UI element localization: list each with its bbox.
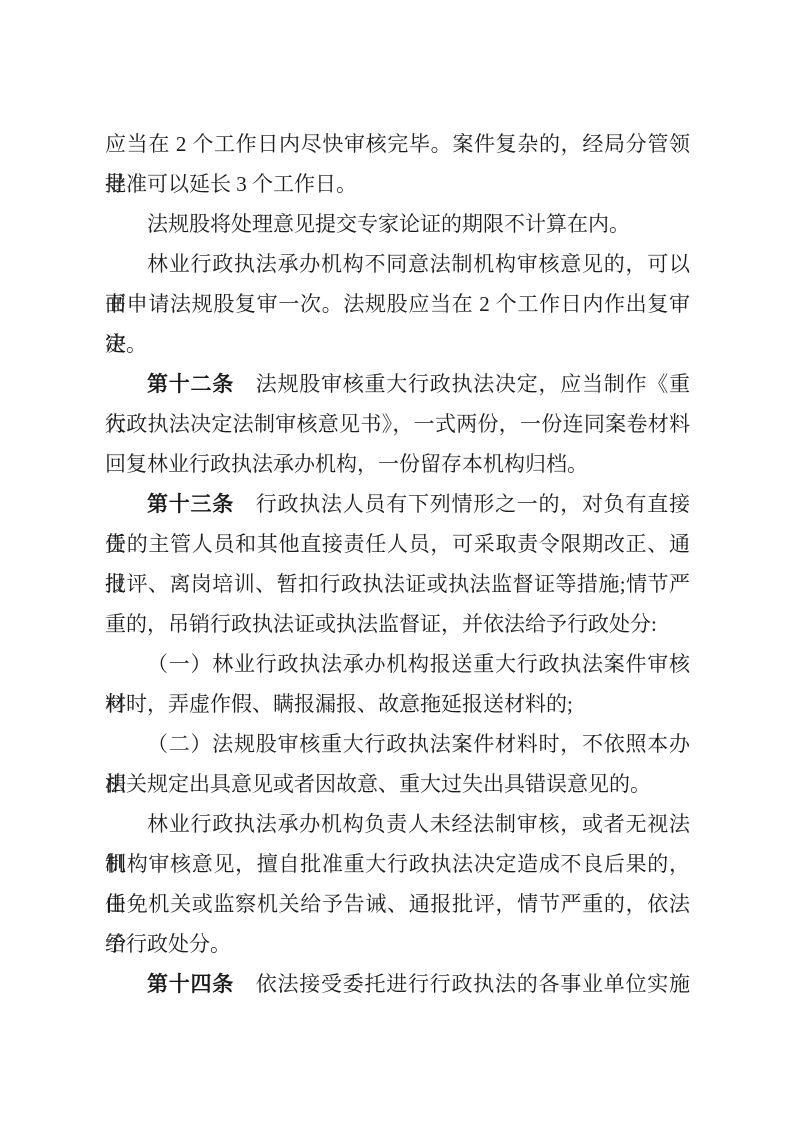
text-line: 第十二条 法规股审核重大行政执法决定，应当制作《重大 [105, 364, 690, 404]
line-text: 回复林业行政执法承办机构，一份留存本机构归档。 [105, 452, 588, 476]
text-line: 任的主管人员和其他直接责任人员，可采取责令限期改正、通报 [105, 524, 690, 564]
line-text: 相关规定出具意见或者因故意、重大过失出具错误意见的。 [105, 772, 651, 796]
text-line: 应当在 2 个工作日内尽快审核完毕。案件复杂的，经局分管领导 [105, 124, 690, 164]
text-line: 料时，弄虚作假、瞒报漏报、故意拖延报送材料的; [105, 684, 690, 724]
text-line: （一）林业行政执法承办机构报送重大行政执法案件审核材 [105, 644, 690, 684]
text-line: （二）法规股审核重大行政执法案件材料时，不依照本办法 [105, 724, 690, 764]
text-line: 批评、离岗培训、暂扣行政执法证或执法监督证等措施;情节严 [105, 564, 690, 604]
text-line: 予行政处分。 [105, 924, 690, 964]
text-line: 相关规定出具意见或者因故意、重大过失出具错误意见的。 [105, 764, 690, 804]
document-page: 应当在 2 个工作日内尽快审核完毕。案件复杂的，经局分管领导批准可以延长 3 个… [0, 0, 793, 1122]
text-line: 面申请法规股复审一次。法规股应当在 2 个工作日内作出复审决 [105, 284, 690, 324]
text-line: 第十四条 依法接受委托进行行政执法的各事业单位实施 [105, 964, 690, 1004]
article-number: 第十四条 [147, 972, 234, 996]
text-line: 定。 [105, 324, 690, 364]
article-number: 第十三条 [147, 492, 234, 516]
text-line: 机构审核意见，擅自批准重大行政执法决定造成不良后果的，由 [105, 844, 690, 884]
text-line: 林业行政执法承办机构不同意法制机构审核意见的，可以书 [105, 244, 690, 284]
line-text: 批评、离岗培训、暂扣行政执法证或执法监督证等措施;情节严 [105, 572, 690, 596]
text-line: 任免机关或监察机关给予告诫、通报批评，情节严重的，依法给 [105, 884, 690, 924]
text-line: 法规股将处理意见提交专家论证的期限不计算在内。 [105, 204, 690, 244]
line-text: 料时，弄虚作假、瞒报漏报、故意拖延报送材料的; [105, 692, 573, 716]
article-number: 第十二条 [147, 372, 234, 396]
line-text: 批准可以延长 3 个工作日。 [105, 172, 357, 196]
line-text: 予行政处分。 [105, 932, 231, 956]
text-line: 林业行政执法承办机构负责人未经法制审核，或者无视法制 [105, 804, 690, 844]
text-line: 第十三条 行政执法人员有下列情形之一的，对负有直接责 [105, 484, 690, 524]
document-body: 应当在 2 个工作日内尽快审核完毕。案件复杂的，经局分管领导批准可以延长 3 个… [105, 124, 690, 1004]
line-text: 依法接受委托进行行政执法的各事业单位实施 [234, 972, 690, 996]
text-line: 行政执法决定法制审核意见书》，一式两份，一份连同案卷材料 [105, 404, 690, 444]
text-line: 重的，吊销行政执法证或执法监督证，并依法给予行政处分: [105, 604, 690, 644]
line-text: 定。 [105, 332, 147, 356]
text-line: 回复林业行政执法承办机构，一份留存本机构归档。 [105, 444, 690, 484]
line-text: 行政执法决定法制审核意见书》，一式两份，一份连同案卷材料 [105, 412, 690, 436]
line-text: 重的，吊销行政执法证或执法监督证，并依法给予行政处分: [105, 612, 657, 636]
text-line: 批准可以延长 3 个工作日。 [105, 164, 690, 204]
line-text: 法规股将处理意见提交专家论证的期限不计算在内。 [147, 212, 630, 236]
